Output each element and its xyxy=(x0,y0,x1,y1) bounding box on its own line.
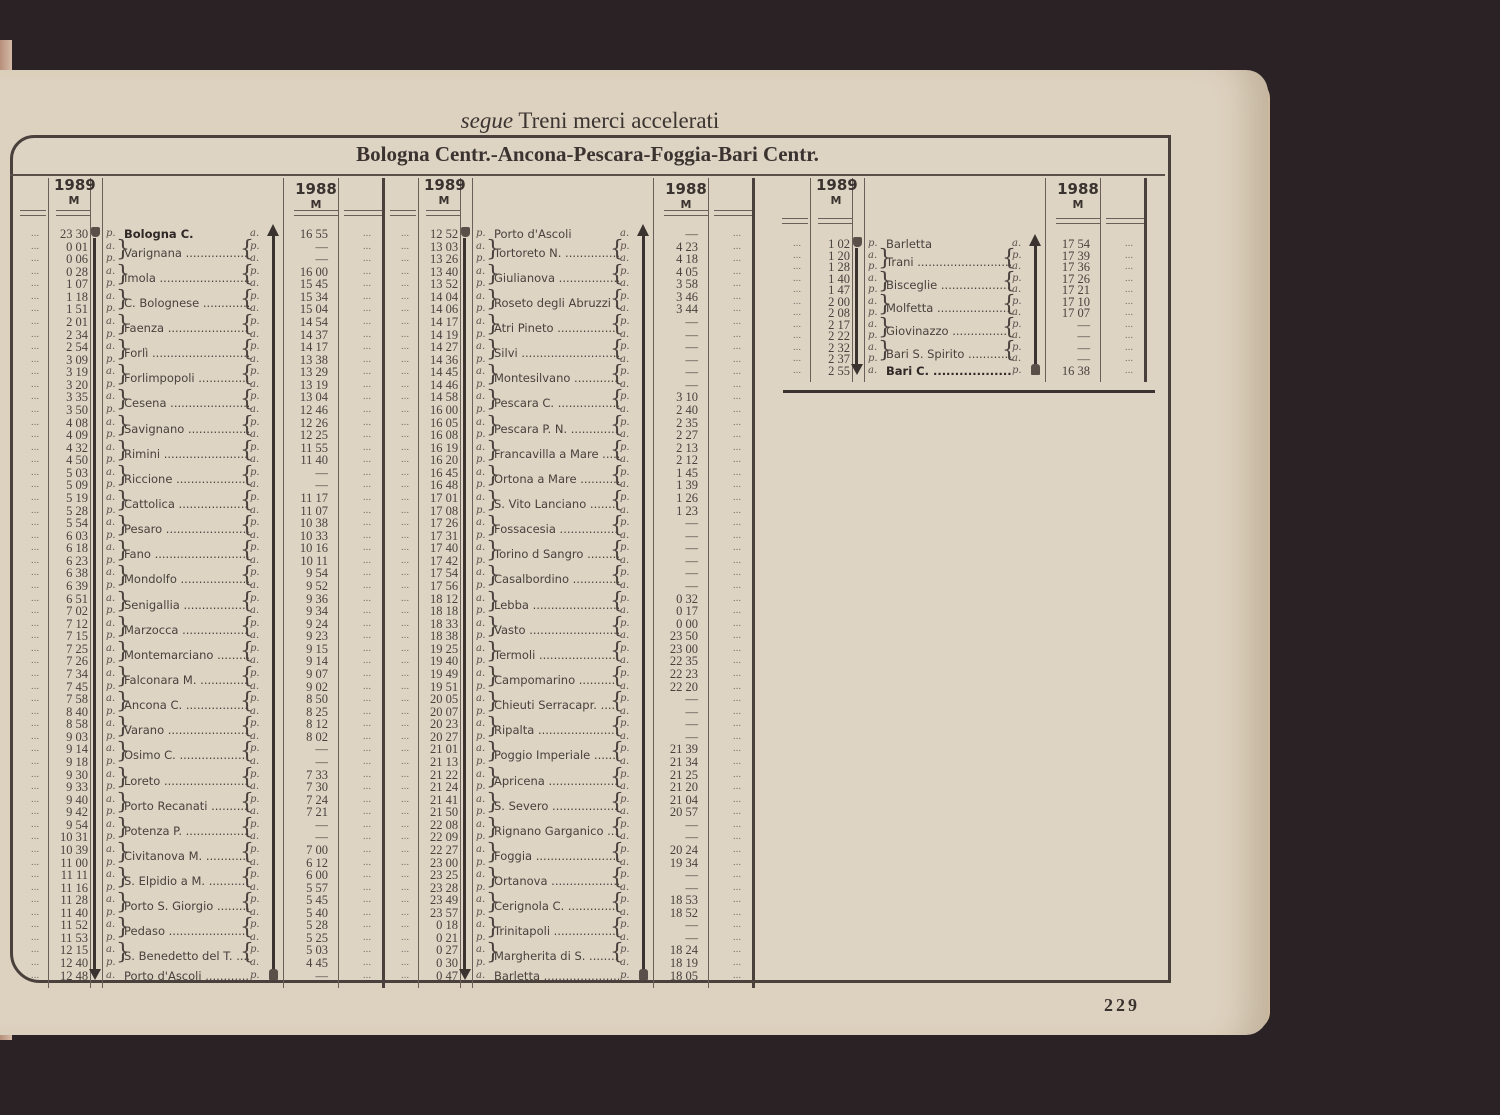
column-divider xyxy=(90,178,91,988)
station-name: Apricena .............................. xyxy=(494,774,619,788)
no-service-marker: ... xyxy=(396,769,414,782)
departure-abbr: p. xyxy=(620,743,630,756)
no-service-marker: ... xyxy=(728,228,746,241)
no-service-marker: ... xyxy=(358,630,376,643)
no-service-marker: ... xyxy=(358,517,376,530)
no-service-marker: ... xyxy=(358,718,376,731)
arrival-time-down: 23 25 xyxy=(430,869,458,882)
no-service-marker: ... xyxy=(396,530,414,543)
train-number: 1988 xyxy=(295,180,337,198)
arrival-abbr: a. xyxy=(476,341,485,354)
direction-down-line xyxy=(855,248,858,365)
no-service-marker: ... xyxy=(396,404,414,417)
station-name: Savignano .............................. xyxy=(124,422,249,436)
no-service-marker: ... xyxy=(26,907,44,920)
no-service-marker: ... xyxy=(728,454,746,467)
no-service-marker: ... xyxy=(728,630,746,643)
departure-abbr: p. xyxy=(620,442,630,455)
column-divider xyxy=(810,178,811,382)
header-double-rule xyxy=(20,210,46,216)
station-name: Tortoreto N. ...........................… xyxy=(494,246,619,260)
arrival-time-up: — xyxy=(296,756,328,769)
station-name: Ancona C. .............................. xyxy=(124,698,249,712)
no-service-marker: ... xyxy=(358,580,376,593)
no-service-marker: ... xyxy=(26,467,44,480)
no-service-marker: ... xyxy=(26,919,44,932)
arrival-abbr: a. xyxy=(106,970,115,983)
no-service-marker: ... xyxy=(26,379,44,392)
arrival-time-up: 7 30 xyxy=(296,781,328,794)
station-name: Ortanova .............................. xyxy=(494,874,619,888)
no-service-marker: ... xyxy=(358,882,376,895)
departure-abbr: p. xyxy=(476,278,486,291)
departure-abbr: p. xyxy=(620,266,630,279)
arrival-time-up: 4 45 xyxy=(296,957,328,970)
no-service-marker: ... xyxy=(358,454,376,467)
arrival-time-up: 2 40 xyxy=(666,404,698,417)
no-service-marker: ... xyxy=(396,391,414,404)
departure-abbr: p. xyxy=(476,932,486,945)
arrival-time-up: 2 12 xyxy=(666,454,698,467)
departure-abbr: p. xyxy=(250,668,260,681)
train-number: 1989 xyxy=(816,176,858,194)
header-double-rule xyxy=(294,210,338,216)
no-service-marker: ... xyxy=(728,882,746,895)
station-name: Porto d'Ascoli xyxy=(494,227,619,241)
station-name: Mondolfo .............................. xyxy=(124,572,249,586)
no-service-marker: ... xyxy=(26,882,44,895)
departure-abbr: p. xyxy=(620,391,630,404)
arrival-time-up: 3 58 xyxy=(666,278,698,291)
station-name: Fano .............................. xyxy=(124,547,249,561)
departure-time: 16 38 xyxy=(1058,365,1090,378)
no-service-marker: ... xyxy=(728,618,746,631)
no-service-marker: ... xyxy=(728,266,746,279)
no-service-marker: ... xyxy=(728,391,746,404)
station-name: Lebba .............................. xyxy=(494,598,619,612)
departure-abbr: p. xyxy=(476,806,486,819)
no-service-marker: ... xyxy=(396,731,414,744)
no-service-marker: ... xyxy=(26,957,44,970)
arrival-abbr: a. xyxy=(476,417,485,430)
direction-down-line xyxy=(463,238,466,970)
departure-abbr: p. xyxy=(476,454,486,467)
no-service-marker: ... xyxy=(728,819,746,832)
station-name: Pescara C. .............................… xyxy=(494,396,619,410)
departure-abbr: p. xyxy=(250,241,260,254)
no-service-marker: ... xyxy=(358,655,376,668)
departure-abbr: p. xyxy=(250,467,260,480)
arrival-abbr: a. xyxy=(476,894,485,907)
header-double-rule xyxy=(1106,218,1144,224)
arrival-time-up: 4 18 xyxy=(666,253,698,266)
arrival-time-down: 3 19 xyxy=(60,366,88,379)
down-train-header: 1989M xyxy=(816,178,856,208)
no-service-marker: ... xyxy=(396,354,414,367)
arrival-abbr: a. xyxy=(106,492,115,505)
no-service-marker: ... xyxy=(728,756,746,769)
departure-abbr: p. xyxy=(106,831,116,844)
no-service-marker: ... xyxy=(396,442,414,455)
no-service-marker: ... xyxy=(358,944,376,957)
arrival-time-down: 19 49 xyxy=(430,668,458,681)
departure-time-down: 0 06 xyxy=(60,253,88,266)
no-service-marker: ... xyxy=(396,806,414,819)
arrival-abbr: a. xyxy=(106,844,115,857)
departure-abbr: p. xyxy=(106,404,116,417)
station-name: Civitanova M. ..........................… xyxy=(124,849,249,863)
direction-up-line xyxy=(642,236,645,970)
train-number: 1989 xyxy=(54,176,96,194)
no-service-marker: ... xyxy=(26,542,44,555)
arrival-time-down: 14 45 xyxy=(430,366,458,379)
departure-time-down: 13 26 xyxy=(430,253,458,266)
departure-abbr: p. xyxy=(250,316,260,329)
column-divider xyxy=(752,178,755,988)
no-service-marker: ... xyxy=(728,417,746,430)
no-service-marker: ... xyxy=(358,831,376,844)
header-text: Treni merci accelerati xyxy=(518,108,719,133)
arrival-time-up: 18 19 xyxy=(666,957,698,970)
departure-abbr: p. xyxy=(250,266,260,279)
departure-abbr: p. xyxy=(250,542,260,555)
station-name: Chieuti Serracapr. .....................… xyxy=(494,698,619,712)
station-name: Vasto .............................. xyxy=(494,623,619,637)
no-service-marker: ... xyxy=(358,869,376,882)
departure-abbr: p. xyxy=(250,919,260,932)
arrival-abbr: a. xyxy=(476,366,485,379)
header-double-rule xyxy=(426,210,460,216)
departure-abbr: p. xyxy=(620,794,630,807)
arrival-abbr: a. xyxy=(476,844,485,857)
no-service-marker: ... xyxy=(728,919,746,932)
no-service-marker: ... xyxy=(26,329,44,342)
no-service-marker: ... xyxy=(26,743,44,756)
no-service-marker: ... xyxy=(26,706,44,719)
no-service-marker: ... xyxy=(26,417,44,430)
arrival-abbr: a. xyxy=(476,743,485,756)
departure-abbr: p. xyxy=(476,857,486,870)
arrival-abbr: a. xyxy=(106,919,115,932)
arrival-abbr: a. xyxy=(476,668,485,681)
arrival-time-up: 20 57 xyxy=(666,806,698,819)
departure-abbr: p. xyxy=(250,517,260,530)
departure-time-up: 10 38 xyxy=(296,517,328,530)
no-service-marker: ... xyxy=(26,567,44,580)
no-service-marker: ... xyxy=(396,706,414,719)
departure-abbr: p. xyxy=(476,831,486,844)
arrival-abbr: a. xyxy=(106,266,115,279)
direction-up-arrow-icon xyxy=(267,224,279,236)
departure-abbr: p. xyxy=(620,668,630,681)
no-service-marker: ... xyxy=(728,932,746,945)
arrival-abbr: a. xyxy=(106,819,115,832)
arrival-abbr: a. xyxy=(476,819,485,832)
no-service-marker: ... xyxy=(728,907,746,920)
station-name: S. Elpidio a M. ........................… xyxy=(124,874,249,888)
arrival-time-up: — xyxy=(666,580,698,593)
no-service-marker: ... xyxy=(358,693,376,706)
no-service-marker: ... xyxy=(358,329,376,342)
no-service-marker: ... xyxy=(26,354,44,367)
no-service-marker: ... xyxy=(788,365,806,378)
no-service-marker: ... xyxy=(728,831,746,844)
column-divider xyxy=(283,178,284,988)
train-start-icon xyxy=(91,227,100,237)
no-service-marker: ... xyxy=(26,794,44,807)
no-service-marker: ... xyxy=(26,731,44,744)
no-service-marker: ... xyxy=(26,291,44,304)
no-service-marker: ... xyxy=(26,479,44,492)
arrival-time-up: 15 45 xyxy=(296,278,328,291)
departure-abbr: p. xyxy=(106,303,116,316)
arrival-time-down: 14 27 xyxy=(430,341,458,354)
departure-abbr: p. xyxy=(106,806,116,819)
no-service-marker: ... xyxy=(728,354,746,367)
route-title: Bologna Centr.-Ancona-Pescara-Foggia-Bar… xyxy=(10,138,1165,176)
no-service-marker: ... xyxy=(26,781,44,794)
no-service-marker: ... xyxy=(358,442,376,455)
no-service-marker: ... xyxy=(26,404,44,417)
no-service-marker: ... xyxy=(396,693,414,706)
station-name: Imola .............................. xyxy=(124,271,249,285)
no-service-marker: ... xyxy=(396,681,414,694)
arrival-time-up: 0 17 xyxy=(666,605,698,618)
departure-time-down: 21 50 xyxy=(430,806,458,819)
arrival-abbr: a. xyxy=(106,718,115,731)
departure-abbr: p. xyxy=(620,542,630,555)
departure-time-up: 8 12 xyxy=(296,718,328,731)
no-service-marker: ... xyxy=(728,303,746,316)
departure-time-up: 20 24 xyxy=(666,844,698,857)
no-service-marker: ... xyxy=(358,731,376,744)
station-name: Cesena .............................. xyxy=(124,396,249,410)
no-service-marker: ... xyxy=(396,479,414,492)
station-name: Barletta .............................. xyxy=(494,969,619,983)
no-service-marker: ... xyxy=(396,794,414,807)
no-service-marker: ... xyxy=(358,743,376,756)
departure-time-down: 9 33 xyxy=(60,781,88,794)
no-service-marker: ... xyxy=(358,467,376,480)
departure-time-up: — xyxy=(666,718,698,731)
no-service-marker: ... xyxy=(358,266,376,279)
no-service-marker: ... xyxy=(396,505,414,518)
arrival-abbr: a. xyxy=(106,944,115,957)
no-service-marker: ... xyxy=(728,668,746,681)
no-service-marker: ... xyxy=(728,492,746,505)
departure-abbr: p. xyxy=(250,743,260,756)
departure-abbr: p. xyxy=(106,857,116,870)
departure-abbr: p. xyxy=(476,404,486,417)
departure-abbr: p. xyxy=(106,731,116,744)
station-name: S. Severo .............................. xyxy=(494,799,619,813)
no-service-marker: ... xyxy=(26,530,44,543)
no-service-marker: ... xyxy=(396,593,414,606)
departure-abbr: p. xyxy=(620,492,630,505)
departure-abbr: p. xyxy=(476,253,486,266)
departure-abbr: p. xyxy=(476,907,486,920)
station-name: Bisceglie .............................. xyxy=(886,278,1011,292)
no-service-marker: ... xyxy=(396,266,414,279)
no-service-marker: ... xyxy=(728,316,746,329)
station-name: Margherita di S. .......................… xyxy=(494,949,619,963)
column-divider xyxy=(852,178,853,382)
departure-abbr: p. xyxy=(620,618,630,631)
no-service-marker: ... xyxy=(396,278,414,291)
station-name: S. Vito Lanciano .......................… xyxy=(494,497,619,511)
train-number: 1989 xyxy=(424,176,466,194)
station-name: Faenza .............................. xyxy=(124,321,249,335)
no-service-marker: ... xyxy=(396,316,414,329)
no-service-marker: ... xyxy=(358,706,376,719)
departure-abbr: p. xyxy=(106,278,116,291)
departure-abbr: p. xyxy=(476,882,486,895)
arrival-time-down: 22 27 xyxy=(430,844,458,857)
station-name: Ortona a Mare ..........................… xyxy=(494,472,619,486)
no-service-marker: ... xyxy=(396,329,414,342)
no-service-marker: ... xyxy=(358,391,376,404)
departure-time-down: 21 24 xyxy=(430,781,458,794)
station-name: Giulianova .............................… xyxy=(494,271,619,285)
station-name: Varano .............................. xyxy=(124,723,249,737)
up-train-header: 1988M xyxy=(294,182,338,212)
arrival-abbr: a. xyxy=(106,366,115,379)
arrival-time-down: 7 34 xyxy=(60,668,88,681)
no-service-marker: ... xyxy=(728,429,746,442)
departure-abbr: p. xyxy=(476,756,486,769)
arrival-abbr: a. xyxy=(476,241,485,254)
station-name: Riccione .............................. xyxy=(124,472,249,486)
no-service-marker: ... xyxy=(358,429,376,442)
departure-time-up: — xyxy=(666,366,698,379)
no-service-marker: ... xyxy=(396,869,414,882)
train-end-icon xyxy=(269,969,278,980)
no-service-marker: ... xyxy=(26,341,44,354)
train-class: M xyxy=(54,193,94,208)
no-service-marker: ... xyxy=(26,769,44,782)
no-service-marker: ... xyxy=(358,316,376,329)
arrival-time-down: 8 58 xyxy=(60,718,88,731)
departure-abbr: p. xyxy=(106,756,116,769)
arrival-abbr: a. xyxy=(476,618,485,631)
no-service-marker: ... xyxy=(26,555,44,568)
column-divider xyxy=(708,178,709,988)
departure-time: 12 52 xyxy=(430,228,458,241)
departure-time-up: 6 00 xyxy=(296,869,328,882)
no-service-marker: ... xyxy=(358,253,376,266)
arrival-time-up: 12 25 xyxy=(296,429,328,442)
departure-time-up: 13 29 xyxy=(296,366,328,379)
no-service-marker: ... xyxy=(728,743,746,756)
page-number: 229 xyxy=(1104,995,1140,1016)
station-name: Trinitapoli ............................… xyxy=(494,924,619,938)
no-service-marker: ... xyxy=(396,894,414,907)
no-service-marker: ... xyxy=(358,567,376,580)
direction-up-line xyxy=(1034,246,1037,365)
arrival-abbr: a. xyxy=(106,743,115,756)
departure-abbr: p. xyxy=(620,844,630,857)
no-service-marker: ... xyxy=(396,857,414,870)
header-double-rule xyxy=(390,210,416,216)
station-name: Porto Recanati .........................… xyxy=(124,799,249,813)
no-service-marker: ... xyxy=(728,605,746,618)
up-train-header: 1988M xyxy=(664,182,708,212)
departure-abbr: p. xyxy=(620,241,630,254)
no-service-marker: ... xyxy=(358,379,376,392)
departure-abbr: p. xyxy=(250,567,260,580)
departure-abbr: p. xyxy=(476,655,486,668)
direction-up-arrow-icon xyxy=(1029,234,1041,246)
no-service-marker: ... xyxy=(728,706,746,719)
no-service-marker: ... xyxy=(26,857,44,870)
no-service-marker: ... xyxy=(358,505,376,518)
departure-abbr: p. xyxy=(106,479,116,492)
train-start-icon xyxy=(461,227,470,237)
station-name: Rimini .............................. xyxy=(124,447,249,461)
no-service-marker: ... xyxy=(26,605,44,618)
station-name: Forlì .............................. xyxy=(124,346,249,360)
no-service-marker: ... xyxy=(396,454,414,467)
no-service-marker: ... xyxy=(728,957,746,970)
no-service-marker: ... xyxy=(26,505,44,518)
direction-up-line xyxy=(272,236,275,970)
train-class: M xyxy=(816,193,856,208)
no-service-marker: ... xyxy=(728,530,746,543)
arrival-time-down: 11 11 xyxy=(60,869,88,882)
arrival-abbr: a. xyxy=(868,365,877,378)
no-service-marker: ... xyxy=(26,241,44,254)
direction-down-arrow-icon xyxy=(89,969,101,980)
train-end-icon xyxy=(639,969,648,980)
no-service-marker: ... xyxy=(396,341,414,354)
departure-abbr: p. xyxy=(106,555,116,568)
station-name: Montesilvano ...........................… xyxy=(494,371,619,385)
departure-time-up: — xyxy=(666,517,698,530)
no-service-marker: ... xyxy=(358,341,376,354)
no-service-marker: ... xyxy=(728,794,746,807)
no-service-marker: ... xyxy=(396,643,414,656)
departure-abbr: p. xyxy=(106,329,116,342)
column-divider xyxy=(102,178,103,988)
arrival-time-up: 12 46 xyxy=(296,404,328,417)
departure-time-down: 16 08 xyxy=(430,429,458,442)
column-divider xyxy=(472,178,473,988)
arrival-time-up: 21 20 xyxy=(666,781,698,794)
no-service-marker: ... xyxy=(728,857,746,870)
departure-abbr: p. xyxy=(620,417,630,430)
departure-abbr: p. xyxy=(250,643,260,656)
station-name: Francavilla a Mare .....................… xyxy=(494,447,619,461)
departure-abbr: p. xyxy=(476,303,486,316)
no-service-marker: ... xyxy=(396,781,414,794)
no-service-marker: ... xyxy=(26,718,44,731)
no-service-marker: ... xyxy=(358,291,376,304)
departure-abbr: p. xyxy=(250,492,260,505)
no-service-marker: ... xyxy=(358,957,376,970)
departure-time-down: 9 42 xyxy=(60,806,88,819)
no-service-marker: ... xyxy=(358,492,376,505)
station-name: Trani .............................. xyxy=(886,255,1011,269)
departure-abbr: p. xyxy=(620,291,630,304)
station-name: C. Bolognese ...........................… xyxy=(124,296,249,310)
departure-abbr: p. xyxy=(106,957,116,970)
departure-abbr: p. xyxy=(106,932,116,945)
no-service-marker: ... xyxy=(26,266,44,279)
arrival-abbr: a. xyxy=(620,957,629,970)
no-service-marker: ... xyxy=(728,479,746,492)
departure-abbr: p. xyxy=(620,517,630,530)
arrival-time-up: 9 52 xyxy=(296,580,328,593)
